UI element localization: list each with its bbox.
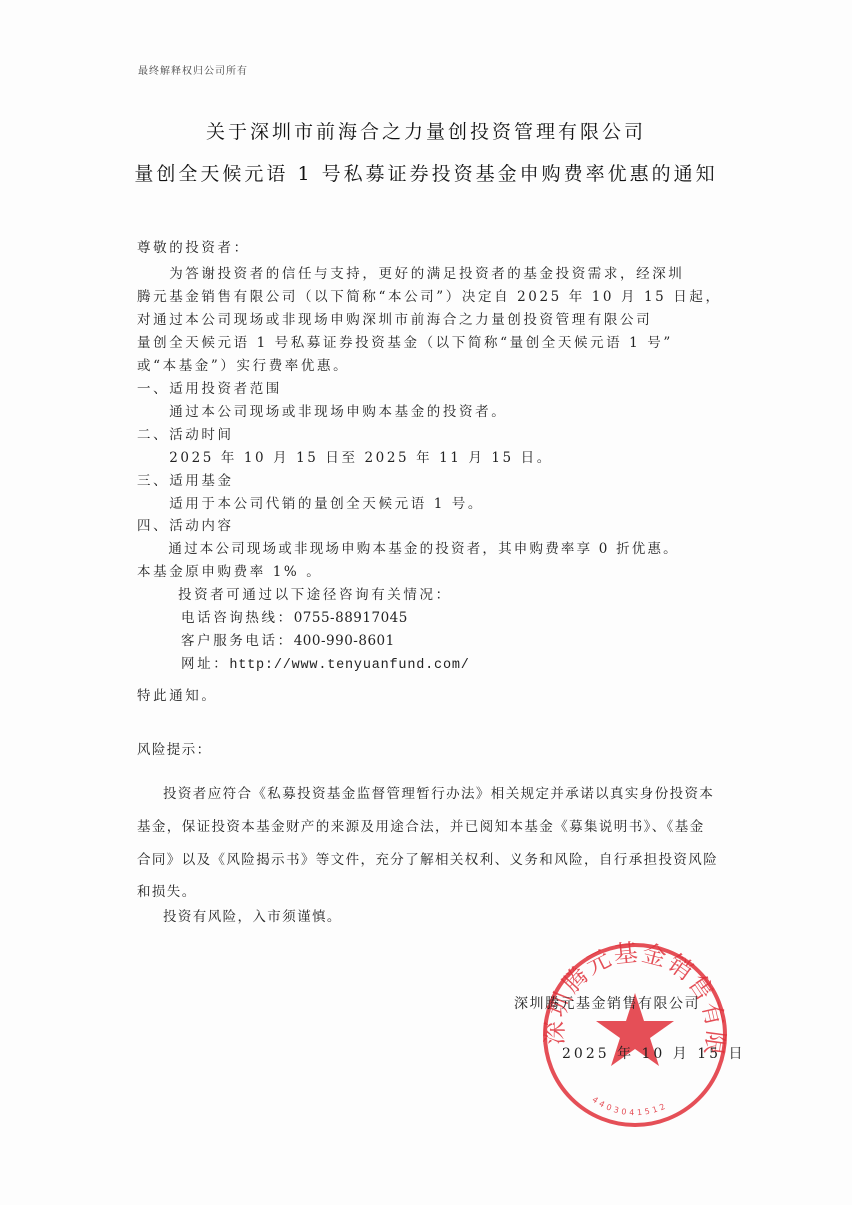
website-label: 网址： — [181, 656, 229, 672]
svg-text:4403041512: 4403041512 — [591, 1095, 670, 1117]
intro-line: 为答谢投资者的信任与支持，更好的满足投资者的基金投资需求，经深圳 — [137, 262, 684, 282]
contact-website: 网址：http://www.tenyuanfund.com/ — [181, 652, 470, 673]
risk-line: 基金，保证投资本基金财产的来源及用途合法，并已阅知本基金《募集说明书》、《基金 — [137, 815, 705, 835]
hotline-number: 0755-88917045 — [294, 610, 408, 626]
risk-warning: 投资有风险，入市须谨慎。 — [163, 905, 342, 925]
section-heading: 一、适用投资者范围 — [137, 377, 282, 397]
salutation: 尊敬的投资者： — [137, 236, 250, 256]
service-number: 400-990-8601 — [294, 633, 395, 649]
original-fee: 本基金原申购费率 1% 。 — [137, 560, 322, 580]
risk-line: 投资者应符合《私募投资基金监督管理暂行办法》相关规定并承诺以真实身份投资本 — [163, 782, 714, 802]
risk-line: 和损失。 — [137, 880, 197, 900]
risk-line: 合同》以及《风险揭示书》等文件，充分了解相关权利、义务和风险，自行承担投资风险 — [137, 848, 718, 868]
service-label: 客户服务电话： — [181, 633, 294, 649]
contact-hotline: 电话咨询热线：0755-88917045 — [181, 606, 408, 626]
hotline-label: 电话咨询热线： — [181, 610, 294, 626]
company-seal-stamp: 深圳腾元基金销售有限公司 4403041512 — [535, 935, 735, 1135]
section-content: 通过本公司现场或非现场申购本基金的投资者，其申购费率享 0 折优惠。 — [137, 537, 679, 557]
website-link[interactable]: http://www.tenyuanfund.com/ — [229, 658, 469, 673]
section-content: 适用于本公司代销的量创全天候元语 1 号。 — [137, 492, 484, 512]
section-heading: 三、适用基金 — [137, 469, 234, 489]
risk-heading: 风险提示： — [137, 738, 212, 758]
section-heading: 二、活动时间 — [137, 423, 234, 443]
title-line-2: 量创全天候元语 1 号私募证券投资基金申购费率优惠的通知 — [0, 159, 852, 186]
header-note: 最终解释权归公司所有 — [138, 62, 248, 77]
intro-line: 量创全天候元语 1 号私募证券投资基金（以下简称“量创全天候元语 1 号” — [137, 331, 673, 351]
intro-line: 腾元基金销售有限公司（以下简称“本公司”）决定自 2025 年 10 月 15 … — [137, 285, 722, 305]
document-page: 最终解释权归公司所有 关于深圳市前海合之力量创投资管理有限公司 量创全天候元语 … — [0, 0, 852, 1205]
signature-company: 深圳腾元基金销售有限公司 — [514, 993, 700, 1013]
contact-service: 客户服务电话：400-990-8601 — [181, 629, 395, 649]
contact-intro: 投资者可通过以下途径咨询有关情况： — [178, 583, 452, 603]
section-heading: 四、活动内容 — [137, 514, 234, 534]
section-content: 2025 年 10 月 15 日至 2025 年 11 月 15 日。 — [137, 446, 553, 466]
closing: 特此通知。 — [137, 684, 218, 704]
title-line-1: 关于深圳市前海合之力量创投资管理有限公司 — [0, 117, 852, 144]
section-content: 通过本公司现场或非现场申购本基金的投资者。 — [137, 400, 507, 420]
intro-line: 或“本基金”）实行费率优惠。 — [137, 354, 349, 374]
intro-line: 对通过本公司现场或非现场申购深圳市前海合之力量创投资管理有限公司 — [137, 308, 652, 328]
seal-code: 4403041512 — [591, 1095, 670, 1117]
signature-date: 2025 年 10 月 15 日 — [562, 1043, 746, 1063]
